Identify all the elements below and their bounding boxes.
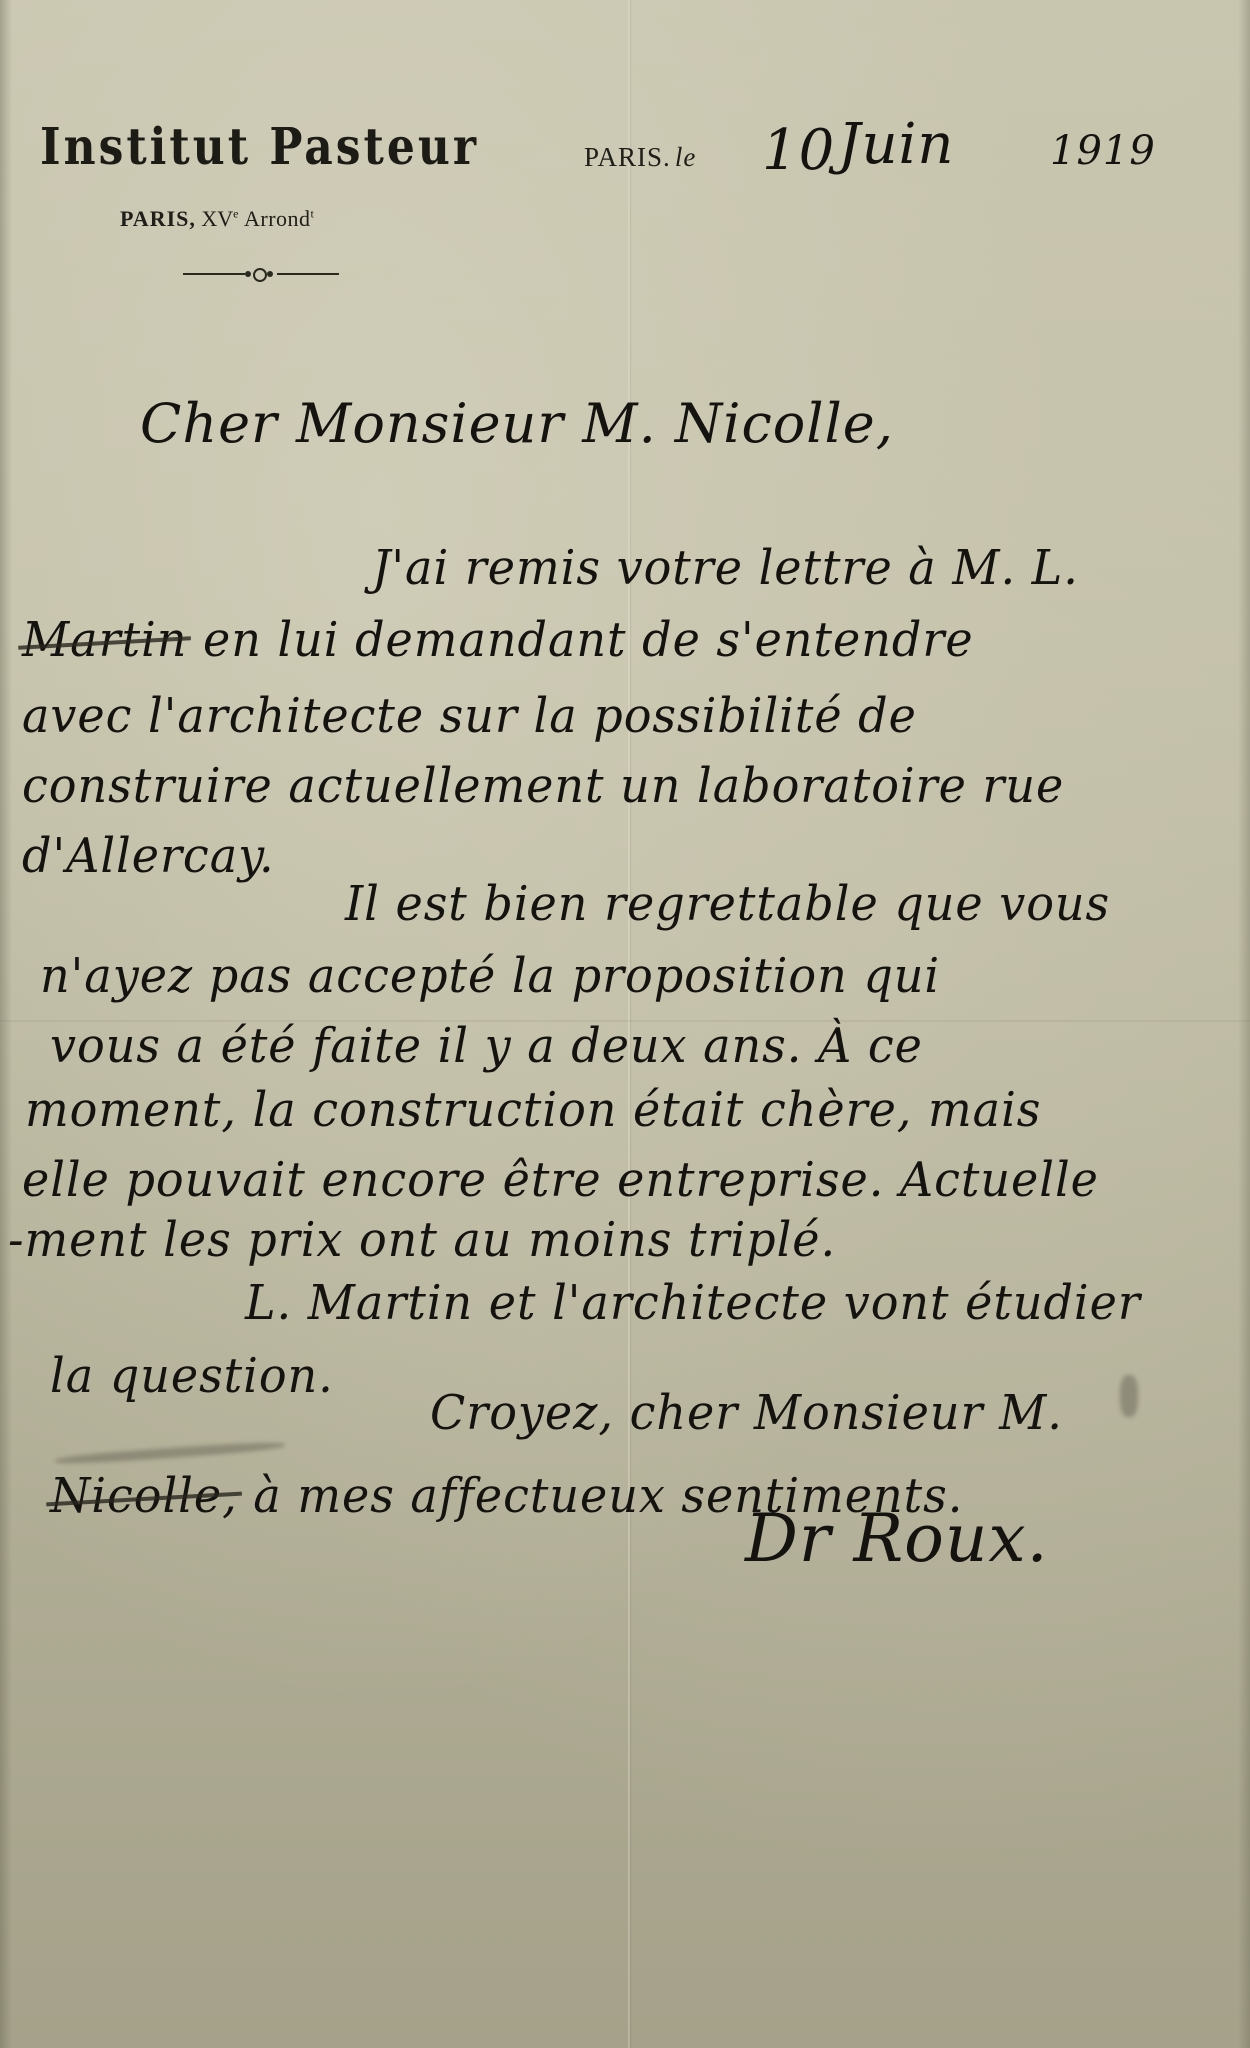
letter-closing-line-1: Croyez, cher Monsieur M. [430, 1385, 1063, 1441]
letter-line-3: avec l'architecte sur la possibilité de [22, 688, 917, 744]
letterhead-ornament-divider [183, 268, 339, 280]
dateline-city: PARIS. [584, 142, 671, 172]
letter-page: Institut Pasteur PARIS, XVe Arrondt PARI… [0, 0, 1250, 2048]
letterhead-arrondissement-word: Arrond [244, 206, 311, 231]
dateline-le: le [675, 142, 697, 172]
letter-line-7: n'ayez pas accepté la proposition qui [40, 948, 940, 1004]
letter-line-6: Il est bien regrettable que vous [345, 876, 1110, 932]
printed-dateline: PARIS.le [584, 142, 696, 173]
letter-line-9: moment, la construction était chère, mai… [25, 1082, 1041, 1138]
letterhead-arrondissement-word-sup: t [311, 207, 314, 221]
letter-salutation: Cher Monsieur M. Nicolle, [140, 392, 894, 455]
ink-smudge [55, 1440, 285, 1466]
letter-line-12: L. Martin et l'architecte vont étudier [245, 1275, 1141, 1331]
ink-smudge [1120, 1375, 1138, 1417]
letter-line-1: J'ai remis votre lettre à M. L. [372, 540, 1079, 596]
letter-line-5: d'Allercay. [22, 828, 275, 884]
handwritten-date-day: 10 [762, 118, 835, 183]
letter-line-11: -ment les prix ont au moins triplé. [8, 1212, 836, 1268]
struck-through-name: Nicolle, [50, 1468, 238, 1524]
handwritten-date-year: 1919 [1050, 128, 1156, 174]
signature: Dr Roux. [745, 1500, 1049, 1577]
handwritten-date-month: Juin [838, 112, 955, 177]
letter-line-8: vous a été faite il y a deux ans. À ce [50, 1018, 923, 1074]
struck-through-word: Martin [22, 612, 187, 668]
letter-line-13: la question. [50, 1348, 334, 1404]
letter-line-2-text: en lui demandant de s'entendre [203, 612, 974, 668]
letter-line-2: Martin en lui demandant de s'entendre [22, 612, 974, 668]
right-edge-shadow [1238, 0, 1250, 2048]
letterhead-city: PARIS, [120, 206, 196, 231]
letter-line-10: elle pouvait encore être entreprise. Act… [22, 1152, 1099, 1208]
letterhead-address: PARIS, XVe Arrondt [120, 206, 314, 232]
letter-line-4: construire actuellement un laboratoire r… [22, 758, 1064, 814]
letterhead-arrondissement-sup: e [233, 207, 238, 221]
letterhead-arrondissement-number: XV [201, 206, 233, 231]
letterhead-institution: Institut Pasteur [40, 118, 479, 177]
left-edge-shadow [0, 0, 12, 2048]
